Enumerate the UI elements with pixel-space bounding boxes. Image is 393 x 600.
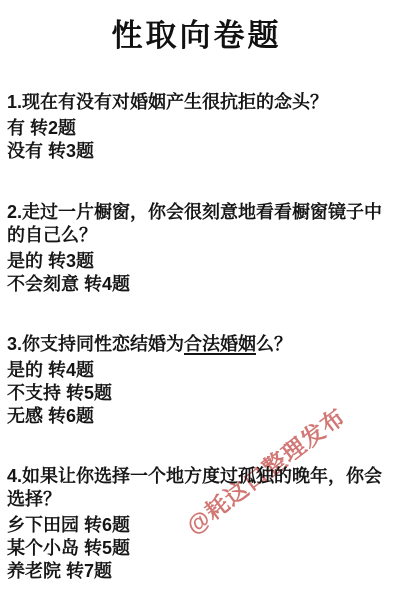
question-block-3: 3.你支持同性恋结婚为合法婚姻么？ 是的 转4题 不支持 转5题 无感 转6题 <box>7 333 387 428</box>
question-3-text-underlined: 合法婚姻 <box>184 334 256 354</box>
question-1-option-1: 有 转2题 <box>7 117 387 140</box>
question-2-option-2: 不会刻意 转4题 <box>7 273 387 296</box>
question-3-option-1: 是的 转4题 <box>7 359 387 382</box>
question-3-option-2: 不支持 转5题 <box>7 382 387 405</box>
question-4-option-1: 乡下田园 转6题 <box>7 514 387 537</box>
question-1-option-2: 没有 转3题 <box>7 140 387 163</box>
quiz-document: { "title": "性取向卷题", "watermark": { "text… <box>0 0 393 600</box>
question-4-option-3: 养老院 转7题 <box>7 560 387 583</box>
question-2-text: 2.走过一片橱窗，你会很刻意地看看橱窗镜子中的自己么？ <box>7 201 387 247</box>
question-4-text: 4.如果让你选择一个地方度过孤独的晚年，你会选择？ <box>7 465 387 511</box>
question-3-text: 3.你支持同性恋结婚为合法婚姻么？ <box>7 333 387 356</box>
question-1-text: 1.现在有没有对婚姻产生很抗拒的念头？ <box>7 91 387 114</box>
question-block-2: 2.走过一片橱窗，你会很刻意地看看橱窗镜子中的自己么？ 是的 转3题 不会刻意 … <box>7 201 387 296</box>
page-title: 性取向卷题 <box>0 10 393 55</box>
question-3-text-prefix: 3.你支持同性恋结婚为 <box>7 334 184 354</box>
question-2-option-1: 是的 转3题 <box>7 250 387 273</box>
question-3-text-suffix: 么？ <box>256 334 292 354</box>
question-block-4: 4.如果让你选择一个地方度过孤独的晚年，你会选择？ 乡下田园 转6题 某个小岛 … <box>7 465 387 583</box>
question-3-option-3: 无感 转6题 <box>7 405 387 428</box>
question-4-option-2: 某个小岛 转5题 <box>7 537 387 560</box>
question-block-1: 1.现在有没有对婚姻产生很抗拒的念头？ 有 转2题 没有 转3题 <box>7 91 387 163</box>
